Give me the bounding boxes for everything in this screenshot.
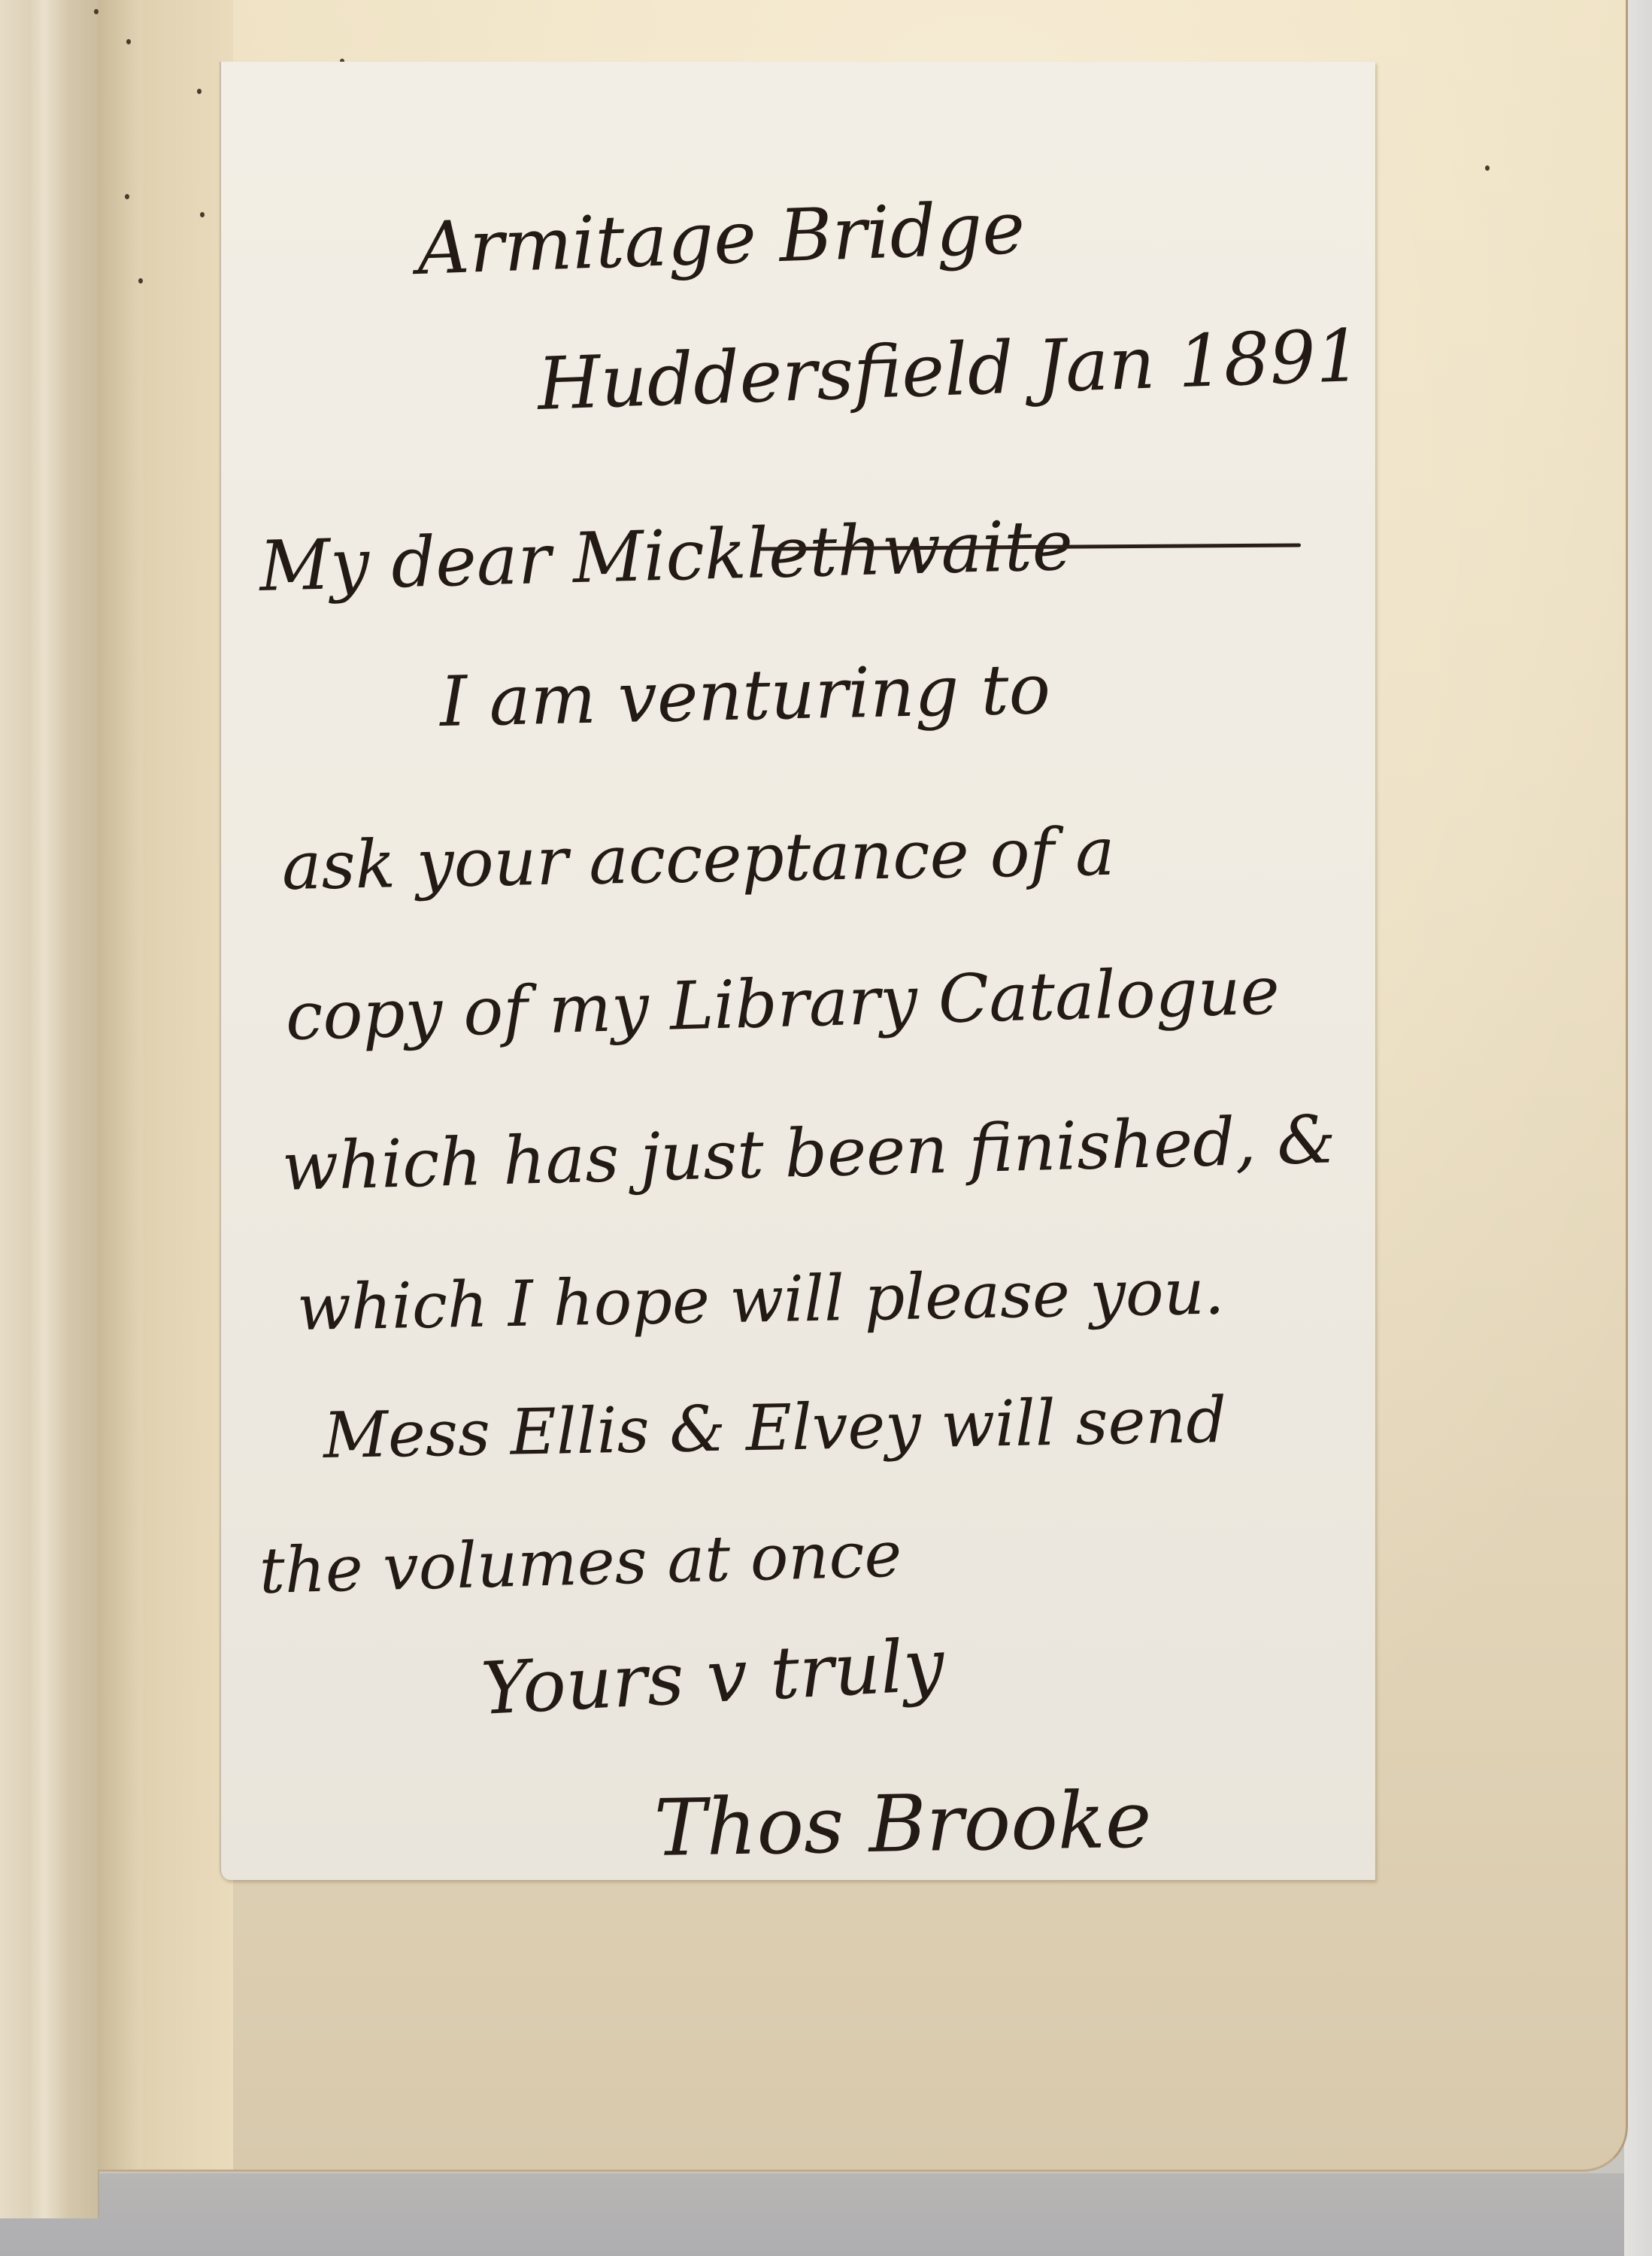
- foxing-spot: [125, 194, 129, 199]
- foxing-spot: [94, 9, 99, 14]
- letter-body-line: I am venturing to: [439, 649, 1051, 742]
- background-surface: [0, 2173, 1652, 2256]
- foxing-spot: [200, 212, 205, 217]
- foxing-spot: [126, 39, 131, 44]
- album-binding: [0, 0, 99, 2218]
- letter-body-line: Mess Ellis & Elvey will send: [323, 1383, 1227, 1472]
- letter-body-line: ask your acceptance of a: [281, 813, 1115, 905]
- album-gutter: [98, 0, 143, 2170]
- foxing-spot: [197, 89, 202, 94]
- foxing-spot: [138, 278, 143, 284]
- foxing-spot: [1485, 165, 1490, 171]
- letter-signature: Thos Brooke: [653, 1773, 1152, 1874]
- album-page: Armitage Bridge Huddersfield Jan 1891 My…: [0, 0, 1628, 2172]
- background-surface-right: [1624, 0, 1652, 2256]
